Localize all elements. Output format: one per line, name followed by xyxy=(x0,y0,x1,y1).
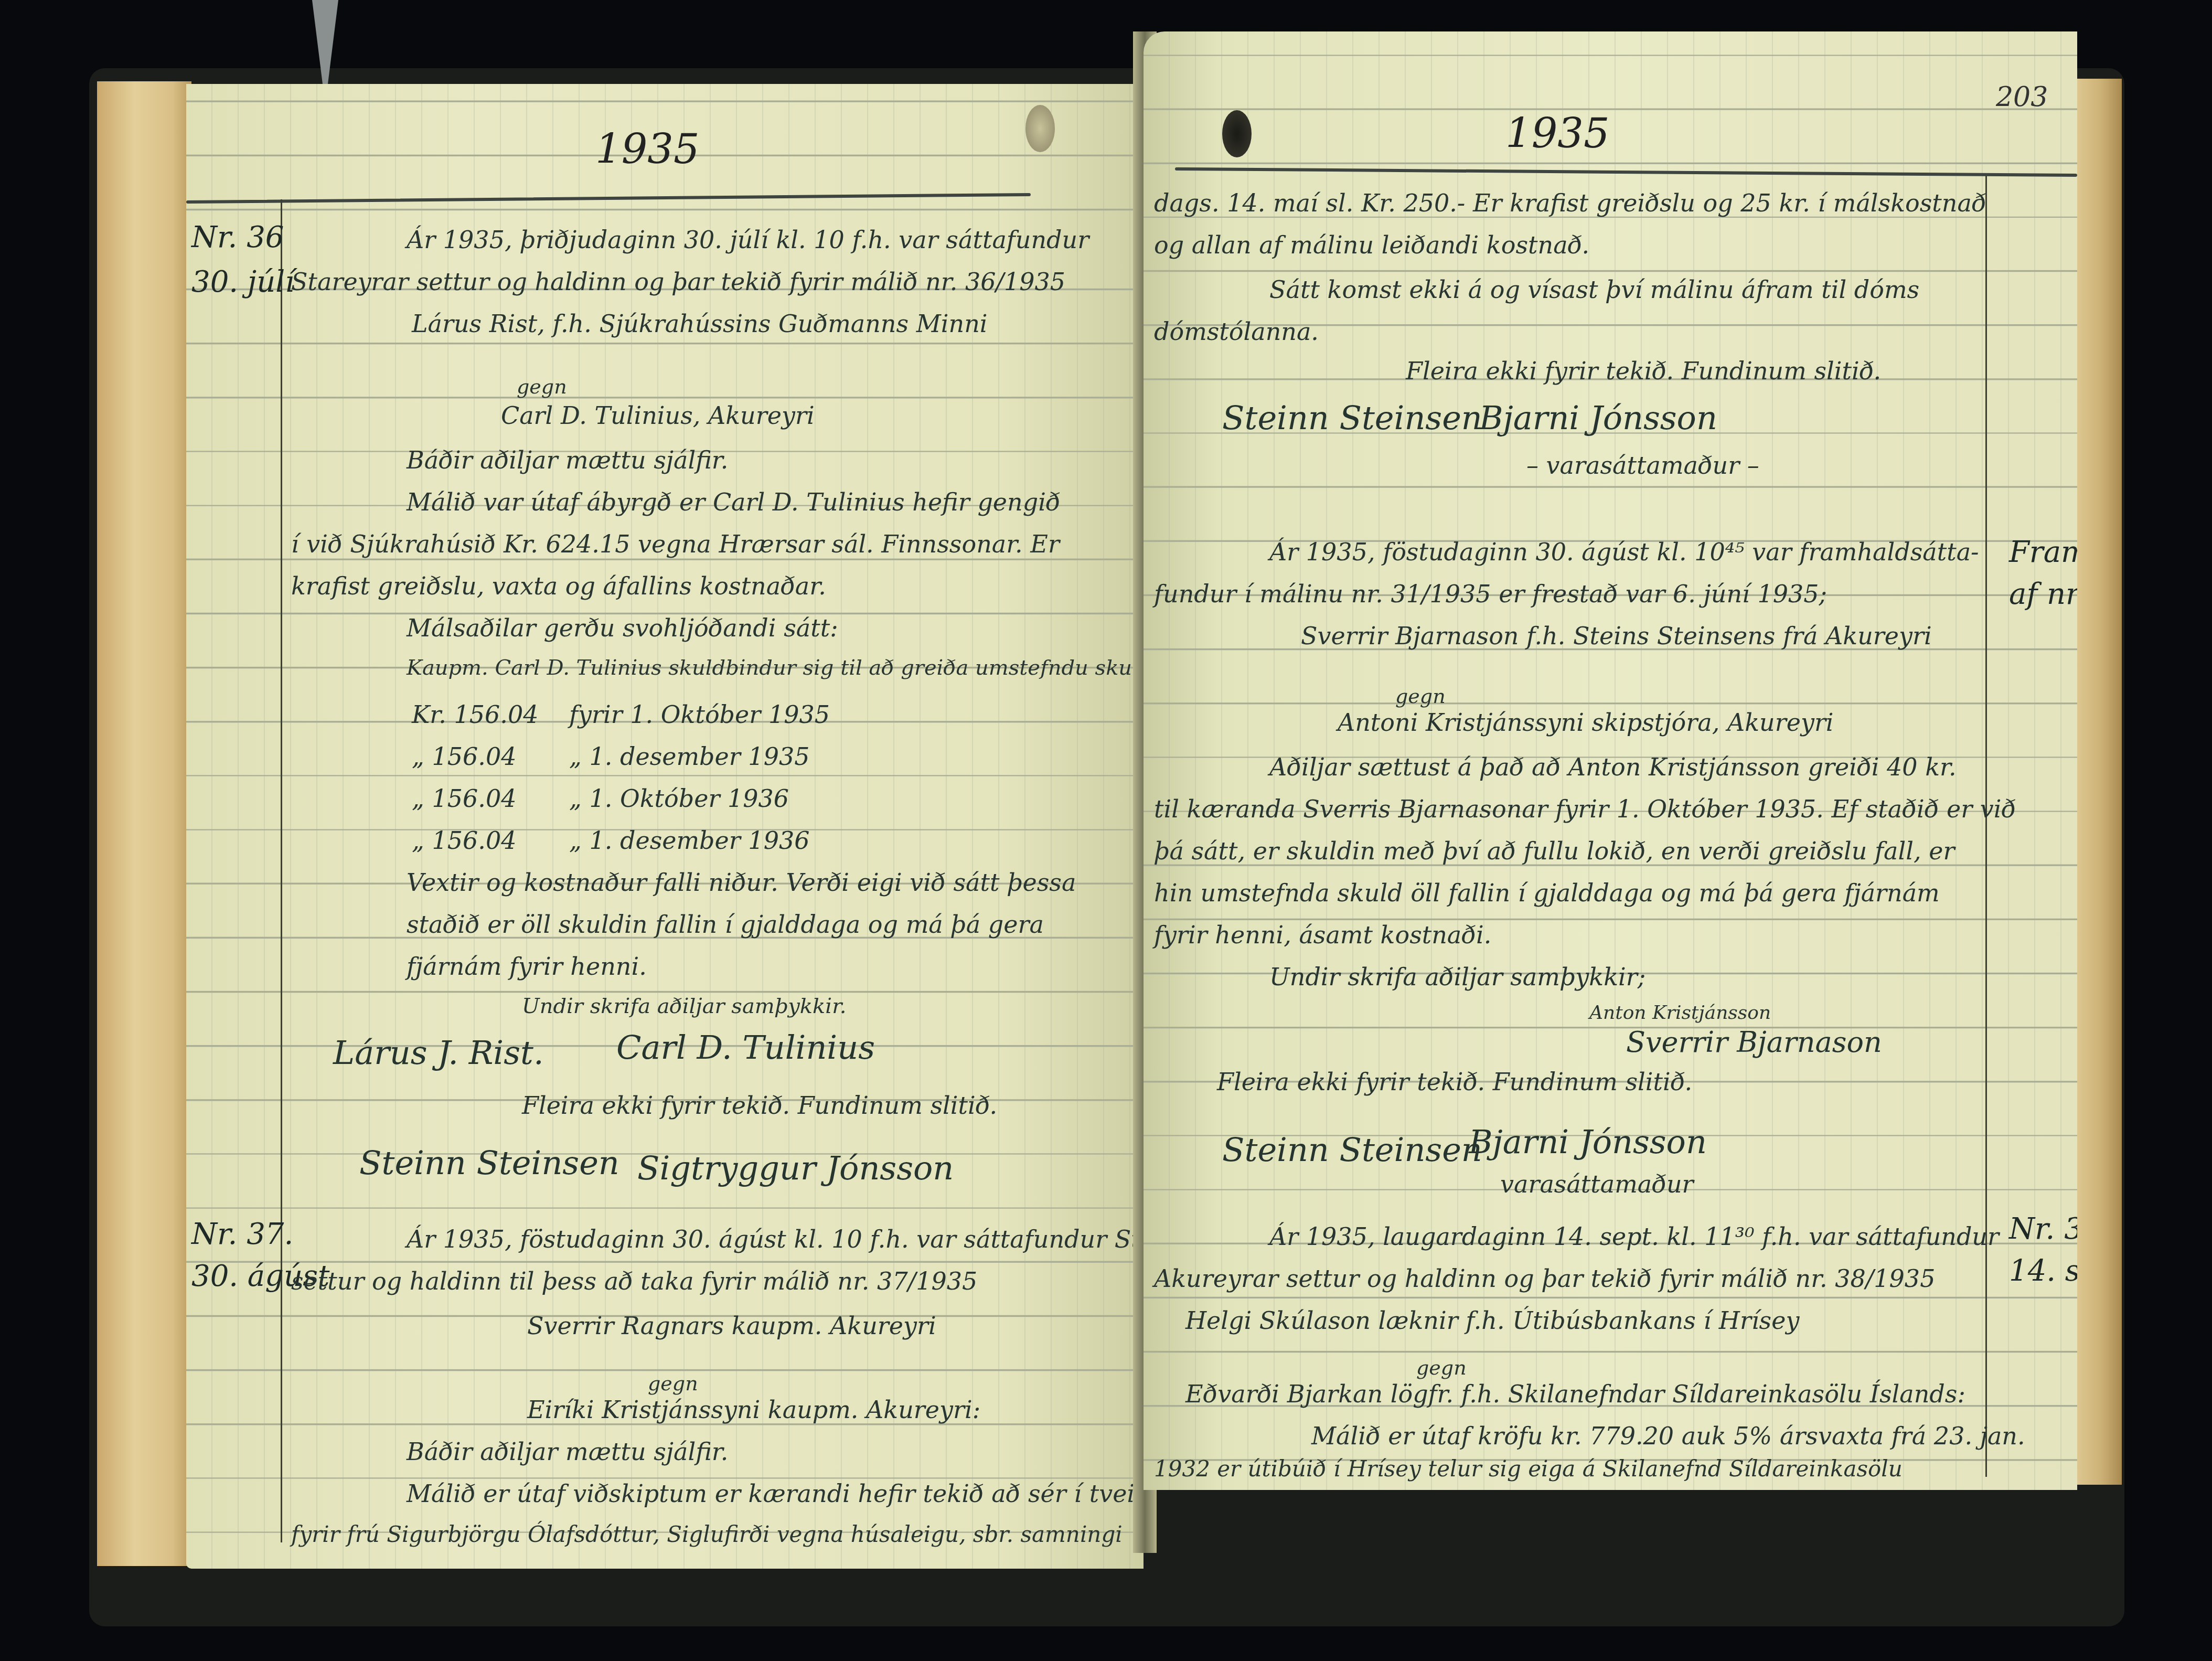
signature: Lárus J. Rist. xyxy=(333,1034,544,1072)
official-title: varasáttamaður xyxy=(1500,1170,1694,1198)
closing-note: Fleira ekki fyrir tekið. Fundinum slitið… xyxy=(1217,1068,1692,1096)
entry-line: dómstólanna. xyxy=(1154,317,1319,346)
entry-line: Ár 1935, laugardaginn 14. sept. kl. 11³⁰… xyxy=(1269,1222,1999,1251)
entry-line: í við Sjúkrahúsið Kr. 624.15 vegna Hrærs… xyxy=(291,530,1060,558)
right-page: 1935 203 dags. 14. maí sl. Kr. 250.- Er … xyxy=(1144,31,2077,1490)
official-signature: Bjarni Jónsson xyxy=(1479,399,1717,437)
entry-line: fjárnám fyrir henni. xyxy=(407,952,647,981)
entry-line: Sátt komst ekki á og vísast því málinu á… xyxy=(1269,275,1919,304)
entry-number: Nr. 36 xyxy=(191,220,284,254)
party-name: Sverrir Ragnars kaupm. Akureyri xyxy=(527,1312,936,1340)
entry-line: til kæranda Sverris Bjarnasonar fyrir 1.… xyxy=(1154,795,2016,823)
entry-line: Akureyrar settur og haldinn og þar tekið… xyxy=(1154,1264,1935,1293)
entry-line: Ár 1935, föstudaginn 30. ágúst kl. 10 f.… xyxy=(407,1225,1144,1253)
closing-note: Fleira ekki fyrir tekið. Fundinum slitið… xyxy=(522,1091,997,1120)
installment-due: „ 1. desember 1935 xyxy=(569,742,809,771)
left-page: 1935 Nr. 36 30. júlí Ár 1935, þriðjudagi… xyxy=(186,84,1144,1569)
year-header: 1935 xyxy=(595,126,700,173)
entry-line: þá sátt, er skuldin með því að fullu lok… xyxy=(1154,837,1954,865)
official-signature: Steinn Steinsen xyxy=(1222,399,1482,437)
entry-line: Málið er útaf viðskiptum er kærandi hefi… xyxy=(407,1479,1144,1508)
gegn-label: gegn xyxy=(1416,1356,1467,1379)
entry-line: staðið er öll skuldin fallin í gjalddaga… xyxy=(407,910,1044,939)
entry-line: 1932 er útibúið í Hrísey telur sig eiga … xyxy=(1154,1456,1903,1482)
party-name: Lárus Rist, f.h. Sjúkrahússins Guðmanns … xyxy=(412,310,987,338)
installment-amount: „ 156.04 xyxy=(412,742,516,771)
year-header: 1935 xyxy=(1505,110,1610,157)
party-name: Carl D. Tulinius, Akureyri xyxy=(501,401,815,430)
installment-amount: „ 156.04 xyxy=(412,826,516,855)
entry-line: settur og haldinn til þess að taka fyrir… xyxy=(291,1267,977,1295)
signature: Anton Kristjánsson xyxy=(1589,1002,1771,1024)
entry-number: Nr. 37. xyxy=(191,1217,293,1251)
entry-line: dags. 14. maí sl. Kr. 250.- Er krafist g… xyxy=(1154,189,1986,217)
closing-note: Fleira ekki fyrir tekið. Fundinum slitið… xyxy=(1406,357,1881,385)
margin-note: Framhald xyxy=(2009,535,2077,569)
margin-column-line xyxy=(1985,176,1987,1477)
installment-due: „ 1. desember 1936 xyxy=(569,826,809,855)
page-edges-left xyxy=(97,81,191,1566)
entry-line: hin umstefnda skuld öll fallin í gjaldda… xyxy=(1154,879,1940,907)
entry-line: og allan af málinu leiðandi kostnað. xyxy=(1154,231,1589,259)
entry-line: Stareyrar settur og haldinn og þar tekið… xyxy=(291,268,1065,296)
entry-line: Málið er útaf kröfu kr. 779.20 auk 5% ár… xyxy=(1311,1422,2025,1450)
entry-line: fyrir frú Sigurbjörgu Ólafsdóttur, Siglu… xyxy=(291,1521,1123,1547)
entry-number: Nr. 38 xyxy=(2009,1212,2077,1246)
entry-date: 30. júlí xyxy=(191,265,294,299)
entry-line: Undir skrifa aðiljar samþykkir; xyxy=(1269,963,1645,991)
party-name: Eiríki Kristjánssyni kaupm. Akureyri: xyxy=(527,1396,980,1424)
entry-line: Aðiljar sættust á það að Anton Kristjáns… xyxy=(1269,753,1957,781)
margin-note: af nr. 31. xyxy=(2009,577,2077,611)
installment-amount: „ 156.04 xyxy=(412,784,516,813)
official-signature: Bjarni Jónsson xyxy=(1469,1123,1707,1161)
binding-hole xyxy=(1025,105,1055,152)
entry-line: krafist greiðslu, vaxta og áfallins kost… xyxy=(291,572,826,600)
installment-due: fyrir 1. Október 1935 xyxy=(569,700,830,729)
official-signature: Sigtryggur Jónsson xyxy=(637,1149,954,1187)
entry-line: Kaupm. Carl D. Tulinius skuldbindur sig … xyxy=(407,656,1144,680)
party-name: Eðvarði Bjarkan lögfr. f.h. Skilanefndar… xyxy=(1185,1380,1965,1408)
signature: Sverrir Bjarnason xyxy=(1626,1026,1882,1059)
entry-line: Málsaðilar gerðu svohljóðandi sátt: xyxy=(407,614,838,642)
party-name: Antoni Kristjánssyni skipstjóra, Akureyr… xyxy=(1338,708,1834,737)
entry-line: Málið var útaf ábyrgð er Carl D. Tuliniu… xyxy=(407,488,1061,516)
entry-date: 14. sept. xyxy=(2009,1254,2077,1288)
party-name: Helgi Skúlason læknir f.h. Útibúsbankans… xyxy=(1185,1306,1799,1335)
entry-line: Undir skrifa aðiljar samþykkir. xyxy=(522,994,847,1018)
official-signature: Steinn Steinsen xyxy=(359,1144,619,1182)
entry-line: Ár 1935, þriðjudaginn 30. júlí kl. 10 f.… xyxy=(407,226,1089,254)
entry-line: Vextir og kostnaður falli niður. Verði e… xyxy=(407,868,1076,897)
entry-line: fundur í málinu nr. 31/1935 er frestað v… xyxy=(1154,580,1827,608)
gegn-label: gegn xyxy=(517,375,567,398)
binding-hole xyxy=(1222,110,1252,157)
entry-line: Ár 1935, föstudaginn 30. ágúst kl. 10⁴⁵ … xyxy=(1269,538,1979,566)
entry-line: Báðir aðiljar mættu sjálfir. xyxy=(407,1438,728,1466)
page-number: 203 xyxy=(1996,81,2048,113)
installment-due: „ 1. Október 1936 xyxy=(569,784,789,813)
page-edges-right xyxy=(2069,79,2122,1485)
gegn-label: gegn xyxy=(1395,685,1446,708)
margin-column-line xyxy=(281,199,282,1542)
official-title: – varasáttamaður – xyxy=(1526,451,1759,480)
signature: Carl D. Tulinius xyxy=(616,1028,875,1067)
entry-line: Báðir aðiljar mættu sjálfir. xyxy=(407,446,728,474)
installment-amount: Kr. 156.04 xyxy=(412,700,539,729)
official-signature: Steinn Steinsen xyxy=(1222,1131,1482,1169)
party-name: Sverrir Bjarnason f.h. Steins Steinsens … xyxy=(1301,622,1932,650)
gegn-label: gegn xyxy=(648,1372,698,1395)
entry-line: fyrir henni, ásamt kostnaði. xyxy=(1154,921,1491,949)
